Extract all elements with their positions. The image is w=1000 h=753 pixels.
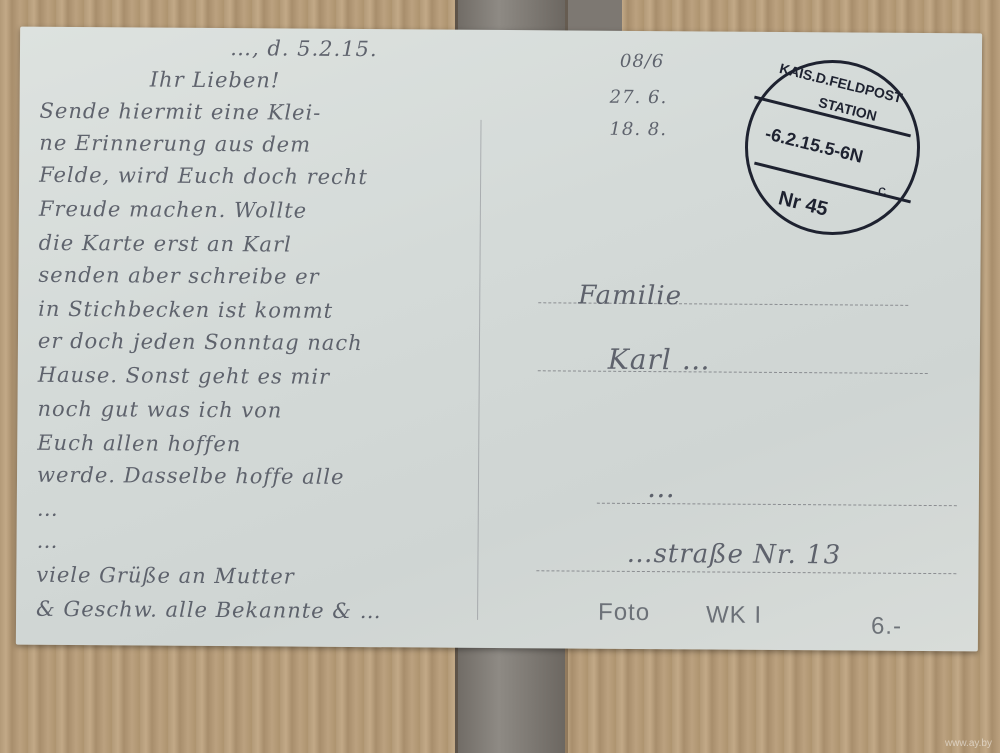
pencil-note-wk: WK I [706,601,762,629]
message-line: senden aber schreibe er [38,263,319,289]
message-line: viele Grüße an Mutter [36,563,295,589]
postmark-number: Nr 45 [776,187,830,221]
message-line: ne Erinnerung aus dem [39,131,311,157]
message-line: die Karte erst an Karl [39,231,292,257]
watermark: www.ay.by [945,738,992,749]
pencil-note-foto: Foto [598,599,650,627]
recipient-line: … [647,471,676,504]
message-line: er doch jeden Sonntag nach [38,329,363,355]
salutation: Ihr Lieben! [150,68,281,93]
message-line: Freude machen. Wollte [39,197,307,223]
place-date: …, d. 5.2.15. [230,36,378,61]
postmark-band [754,162,911,204]
message-line: … [37,497,59,521]
message-line: & Geschw. alle Bekannte & … [36,597,382,623]
recipient-line: Karl … [608,343,711,377]
postmark-letter: c [878,183,886,201]
pencil-note-price: 6.- [871,613,902,641]
address-line [538,370,928,374]
corner-note: 27. 6. [610,87,668,108]
address-line [536,570,956,574]
recipient-line: Familie [578,281,682,312]
recipient-line: …straße Nr. 13 [626,539,841,570]
postcard-divider-line [477,120,481,620]
message-line: noch gut was ich von [37,397,282,423]
message-line: werde. Dasselbe hoffe alle [37,463,345,489]
postmark-stamp: KAIS.D.FELDPOST STATION -6.2.15.5-6N Nr … [745,60,920,235]
message-line: … [36,529,58,553]
message-line: Euch allen hoffen [37,431,241,456]
message-line: Sende hiermit eine Klei- [39,99,321,125]
message-line: in Stichbecken ist kommt [38,297,333,323]
message-line: Hause. Sonst geht es mir [38,363,331,389]
postmark-date: -6.2.15.5-6N [763,123,865,168]
corner-note: 08/6 [620,51,665,72]
message-line: Felde, wird Euch doch recht [39,163,368,189]
corner-note: 18. 8. [609,119,667,140]
